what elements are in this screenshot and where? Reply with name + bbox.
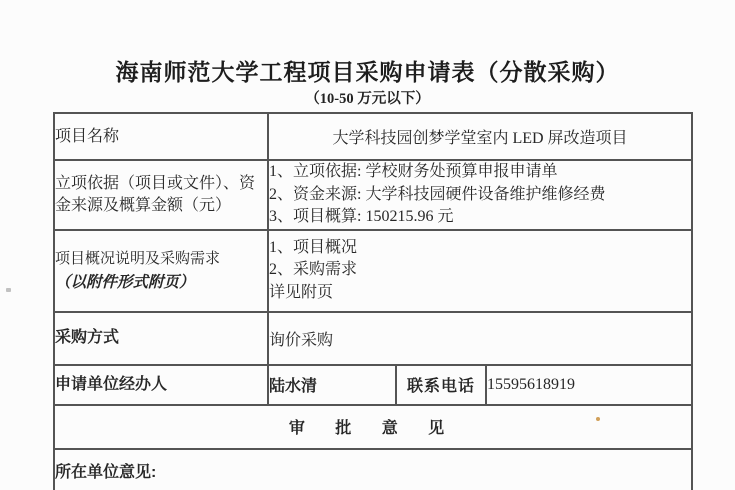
page-subtitle: （10-50 万元以下） <box>0 87 735 108</box>
overview-line-3: 详见附页 <box>269 282 691 305</box>
row-method: 采购方式 询价采购 <box>54 312 692 365</box>
row-basis: 立项依据（项目或文件）、资金来源及概算金额（元） 1、立项依据: 学校财务处预算… <box>54 160 692 230</box>
applicant-label: 申请单位经办人 <box>54 365 268 405</box>
overview-label-cell: 项目概况说明及采购需求 （以附件形式附页） <box>54 230 268 312</box>
basis-value: 1、立项依据: 学校财务处预算申报申请单 2、资金来源: 大学科技园硬件设备维护… <box>268 160 692 230</box>
basis-line-2: 2、资金来源: 大学科技园硬件设备维护维修经费 <box>269 184 691 207</box>
page-title: 海南师范大学工程项目采购申请表（分散采购） <box>0 54 735 87</box>
overview-line-1: 1、项目概况 <box>269 237 691 260</box>
basis-line-1: 1、立项依据: 学校财务处预算申报申请单 <box>269 161 691 184</box>
overview-label-note: （以附件形式附页） <box>55 272 267 294</box>
phone-number: 15595618919 <box>486 365 692 405</box>
scan-speck <box>596 417 600 421</box>
procurement-application-table: 项目名称 大学科技园创梦学堂室内 LED 屏改造项目 立项依据（项目或文件）、资… <box>53 112 693 490</box>
approval-header: 审 批 意 见 <box>54 405 692 449</box>
row-project-name: 项目名称 大学科技园创梦学堂室内 LED 屏改造项目 <box>54 113 692 160</box>
overview-value: 1、项目概况 2、采购需求 详见附页 <box>268 230 692 312</box>
project-name-label: 项目名称 <box>54 113 268 160</box>
applicant-name: 陆水清 <box>268 365 396 405</box>
basis-line-3: 3、项目概算: 150215.96 元 <box>269 206 691 229</box>
overview-label: 项目概况说明及采购需求 <box>55 251 220 267</box>
project-name-value: 大学科技园创梦学堂室内 LED 屏改造项目 <box>268 113 692 160</box>
row-approval-header: 审 批 意 见 <box>54 405 692 449</box>
row-unit-opinion: 所在单位意见: <box>54 449 692 490</box>
scan-speck <box>6 288 11 292</box>
method-value: 询价采购 <box>268 312 692 365</box>
overview-line-2: 2、采购需求 <box>269 259 691 282</box>
method-label: 采购方式 <box>54 312 268 365</box>
row-applicant: 申请单位经办人 陆水清 联系电话 15595618919 <box>54 365 692 405</box>
unit-opinion-label: 所在单位意见: <box>54 449 692 490</box>
row-overview: 项目概况说明及采购需求 （以附件形式附页） 1、项目概况 2、采购需求 详见附页 <box>54 230 692 312</box>
phone-label: 联系电话 <box>396 365 486 405</box>
basis-label: 立项依据（项目或文件）、资金来源及概算金额（元） <box>54 160 268 230</box>
